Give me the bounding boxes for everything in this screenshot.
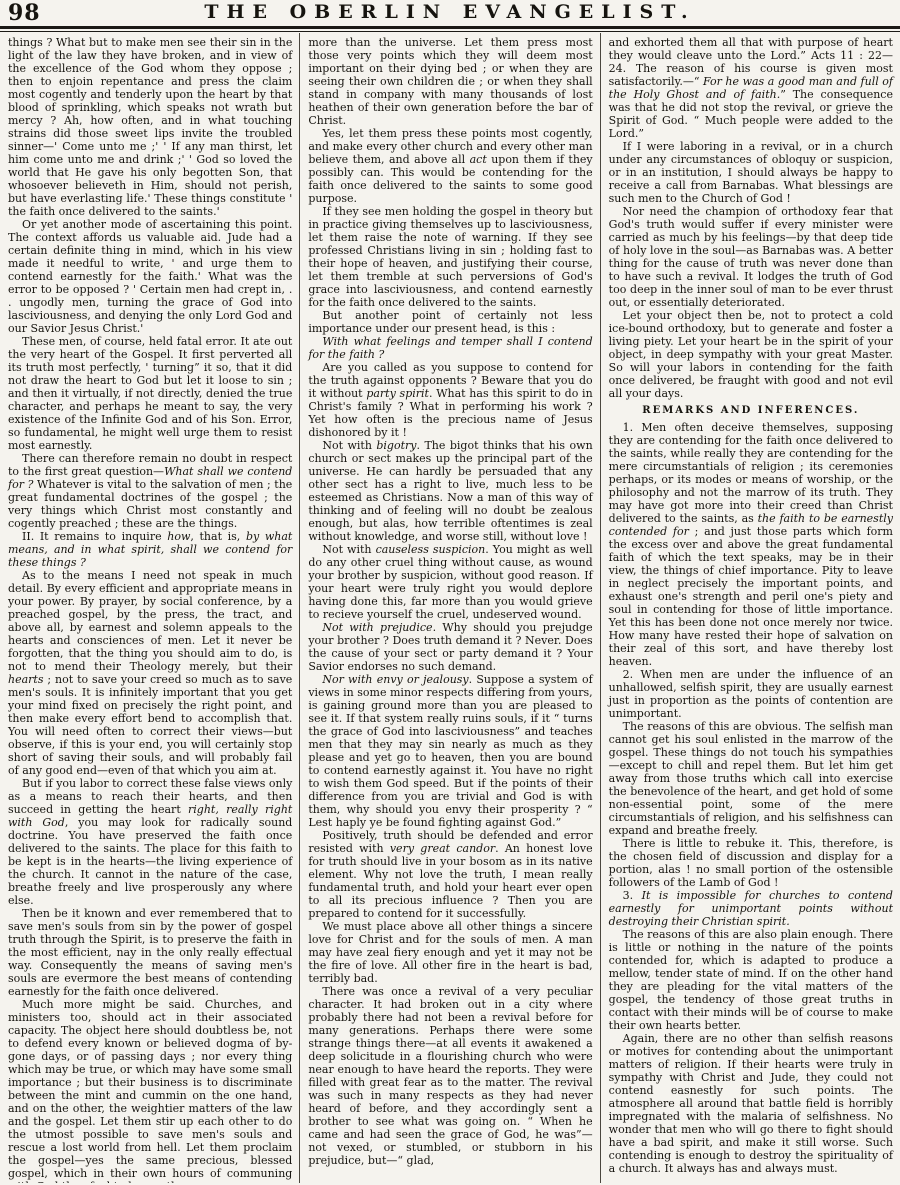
paragraph: Or yet another mode of ascertaining this… (8, 218, 292, 335)
paragraph: There is little to rebuke it. This, ther… (609, 837, 893, 889)
paragraph: II. It remains to inquire how, that is, … (8, 530, 292, 569)
paragraph: If they see men holding the gospel in th… (308, 205, 592, 309)
paragraph: 3. It is impossible for churches to cont… (609, 889, 893, 928)
column-1: things ? What but to make men see their … (0, 33, 299, 1183)
column-3: and exhorted them all that with purpose … (600, 33, 900, 1183)
column-2: more than the universe. Let them press m… (299, 33, 599, 1183)
page-number: 98 (8, 0, 41, 26)
paragraph: Nor need the champion of orthodoxy fear … (609, 205, 893, 309)
paragraph: We must place above all other things a s… (308, 920, 592, 985)
paragraph: The reasons of this are also plain enoug… (609, 928, 893, 1032)
article-columns: things ? What but to make men see their … (0, 33, 900, 1183)
paragraph: There can therefore remain no doubt in r… (8, 452, 292, 530)
paragraph: Then be it known and ever remembered tha… (8, 907, 292, 998)
paragraph: Let your object then be, not to protect … (609, 309, 893, 400)
paragraph: Yes, let them press these points most co… (308, 127, 592, 205)
paragraph: 2. When men are under the influence of a… (609, 668, 893, 720)
paragraph: and exhorted them all that with purpose … (609, 36, 893, 140)
paragraph: Are you called as you suppose to contend… (308, 361, 592, 439)
paragraph: As to the means I need not speak in much… (8, 569, 292, 777)
paragraph: Positively, truth should be defended and… (308, 829, 592, 920)
paragraph: If I were laboring in a revival, or in a… (609, 140, 893, 205)
paragraph: Much more might be said. Churches, and m… (8, 998, 292, 1183)
header-rule-thin (0, 31, 900, 32)
page-header: 98 THE OBERLIN EVANGELIST. (0, 0, 900, 23)
section-heading: REMARKS AND INFERENCES. (609, 405, 893, 417)
paragraph: There was once a revival of a very pecul… (308, 985, 592, 1167)
paragraph: Nor with envy or jealousy. Suppose a sys… (308, 673, 592, 829)
paragraph: more than the universe. Let them press m… (308, 36, 592, 127)
paragraph: But another point of certainly not less … (308, 309, 592, 335)
newspaper-page: 98 THE OBERLIN EVANGELIST. things ? What… (0, 0, 900, 1185)
paragraph: Not with causeless suspicion. You might … (308, 543, 592, 621)
paragraph: But if you labor to correct these false … (8, 777, 292, 907)
masthead-title: THE OBERLIN EVANGELIST. (0, 1, 900, 23)
header-rule-thick (0, 26, 900, 29)
paragraph: Again, there are no other than selfish r… (609, 1032, 893, 1175)
paragraph: 1. Men often deceive themselves, supposi… (609, 421, 893, 668)
paragraph: With what feelings and temper shall I co… (308, 335, 592, 361)
paragraph: The reasons of this are obvious. The sel… (609, 720, 893, 837)
paragraph: Not with prejudice. Why should you preju… (308, 621, 592, 673)
paragraph: things ? What but to make men see their … (8, 36, 292, 218)
paragraph: Not with bigotry. The bigot thinks that … (308, 439, 592, 543)
paragraph: These men, of course, held fatal error. … (8, 335, 292, 452)
